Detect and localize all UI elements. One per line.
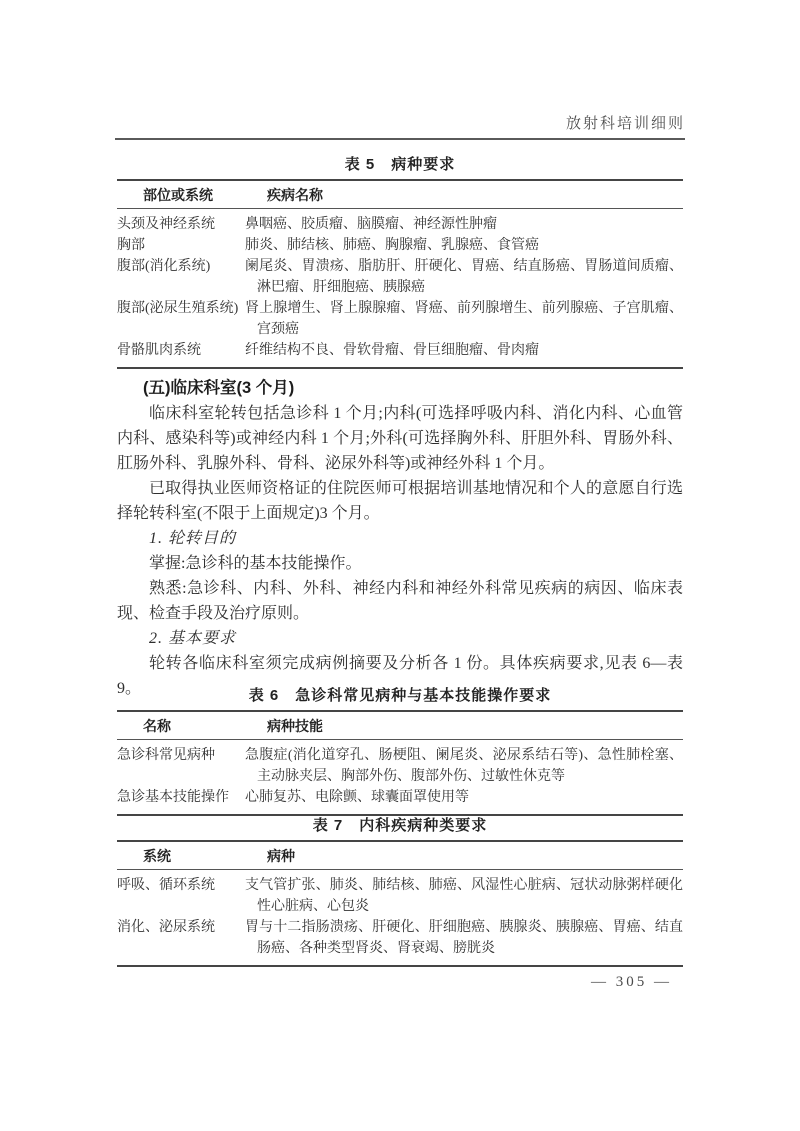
row-value: 鼻咽癌、胶质瘤、脑膜瘤、神经源性肿瘤: [245, 214, 683, 235]
row-value: 肺炎、肺结核、肺癌、胸腺瘤、乳腺癌、食管癌: [245, 235, 683, 256]
list-item-heading: 2. 基本要求: [117, 626, 683, 651]
row-value: 阑尾炎、胃溃疡、脂肪肝、肝硬化、胃癌、结直肠癌、胃肠道间质瘤、淋巴瘤、肝细胞癌、…: [245, 256, 683, 298]
header-rule: [115, 138, 685, 140]
paragraph: 已取得执业医师资格证的住院医师可根据培训基地情况和个人的意愿自行选择轮转科室(不…: [117, 476, 683, 526]
table-row: 骨骼肌肉系统 纤维结构不良、骨软骨瘤、骨巨细胞瘤、骨肉瘤: [117, 340, 683, 361]
table-6: 表 6 急诊科常见病种与基本技能操作要求 名称 病种技能 急诊科常见病种 急腹症…: [117, 684, 683, 816]
table-5-title: 表 5 病种要求: [117, 153, 683, 174]
table-row: 腹部(泌尿生殖系统) 肾上腺增生、肾上腺腺瘤、肾癌、前列腺增生、前列腺癌、子宫肌…: [117, 298, 683, 340]
table-5-header-row: 部位或系统 疾病名称: [117, 181, 683, 209]
table-7-rows: 呼吸、循环系统 支气管扩张、肺炎、肺结核、肺癌、风湿性心脏病、冠状动脉粥样硬化性…: [117, 870, 683, 965]
row-value: 胃与十二指肠溃疡、肝硬化、肝细胞癌、胰腺炎、胰腺癌、胃癌、结直肠癌、各种类型肾炎…: [245, 917, 683, 959]
table-7: 表 7 内科疾病种类要求 系统 病种 呼吸、循环系统 支气管扩张、肺炎、肺结核、…: [117, 814, 683, 967]
table-7-title: 表 7 内科疾病种类要求: [117, 814, 683, 835]
row-label: 呼吸、循环系统: [117, 875, 245, 917]
column-header-system: 系统: [117, 846, 245, 866]
row-value: 支气管扩张、肺炎、肺结核、肺癌、风湿性心脏病、冠状动脉粥样硬化性心脏病、心包炎: [245, 875, 683, 917]
paragraph: 掌握:急诊科的基本技能操作。: [117, 551, 683, 576]
row-label: 急诊科常见病种: [117, 745, 245, 787]
table-row: 头颈及神经系统 鼻咽癌、胶质瘤、脑膜瘤、神经源性肿瘤: [117, 214, 683, 235]
row-value: 急腹症(消化道穿孔、肠梗阻、阑尾炎、泌尿系结石等)、急性肺栓塞、主动脉夹层、胸部…: [245, 745, 683, 787]
document-page: 放射科培训细则 表 5 病种要求 部位或系统 疾病名称 头颈及神经系统 鼻咽癌、…: [0, 0, 800, 1131]
table-row: 腹部(消化系统) 阑尾炎、胃溃疡、脂肪肝、肝硬化、胃癌、结直肠癌、胃肠道间质瘤、…: [117, 256, 683, 298]
paragraph: 熟悉:急诊科、内科、外科、神经内科和神经外科常见疾病的病因、临床表现、检查手段及…: [117, 576, 683, 626]
row-value: 纤维结构不良、骨软骨瘤、骨巨细胞瘤、骨肉瘤: [245, 340, 683, 361]
row-label: 头颈及神经系统: [117, 214, 245, 235]
table-row: 急诊基本技能操作 心肺复苏、电除颤、球囊面罩使用等: [117, 787, 683, 808]
column-header-name: 名称: [117, 716, 245, 736]
column-header-disease: 疾病名称: [245, 185, 683, 205]
table-6-rows: 急诊科常见病种 急腹症(消化道穿孔、肠梗阻、阑尾炎、泌尿系结石等)、急性肺栓塞、…: [117, 740, 683, 814]
row-value: 心肺复苏、电除颤、球囊面罩使用等: [245, 787, 683, 808]
table-6-header-row: 名称 病种技能: [117, 712, 683, 740]
table-row: 呼吸、循环系统 支气管扩张、肺炎、肺结核、肺癌、风湿性心脏病、冠状动脉粥样硬化性…: [117, 875, 683, 917]
row-label: 消化、泌尿系统: [117, 917, 245, 959]
table-5-body: 部位或系统 疾病名称 头颈及神经系统 鼻咽癌、胶质瘤、脑膜瘤、神经源性肿瘤 胸部…: [117, 179, 683, 369]
table-6-body: 名称 病种技能 急诊科常见病种 急腹症(消化道穿孔、肠梗阻、阑尾炎、泌尿系结石等…: [117, 710, 683, 816]
column-header-skill: 病种技能: [245, 716, 683, 736]
table-row: 消化、泌尿系统 胃与十二指肠溃疡、肝硬化、肝细胞癌、胰腺炎、胰腺癌、胃癌、结直肠…: [117, 917, 683, 959]
table-row: 胸部 肺炎、肺结核、肺癌、胸腺瘤、乳腺癌、食管癌: [117, 235, 683, 256]
table-row: 急诊科常见病种 急腹症(消化道穿孔、肠梗阻、阑尾炎、泌尿系结石等)、急性肺栓塞、…: [117, 745, 683, 787]
row-value: 肾上腺增生、肾上腺腺瘤、肾癌、前列腺增生、前列腺癌、子宫肌瘤、宫颈癌: [245, 298, 683, 340]
table-7-body: 系统 病种 呼吸、循环系统 支气管扩张、肺炎、肺结核、肺癌、风湿性心脏病、冠状动…: [117, 840, 683, 967]
row-label: 腹部(泌尿生殖系统): [117, 298, 245, 340]
running-header: 放射科培训细则: [115, 112, 685, 133]
row-label: 急诊基本技能操作: [117, 787, 245, 808]
row-label: 胸部: [117, 235, 245, 256]
row-label: 骨骼肌肉系统: [117, 340, 245, 361]
table-6-title: 表 6 急诊科常见病种与基本技能操作要求: [117, 684, 683, 705]
row-label: 腹部(消化系统): [117, 256, 245, 298]
page-number: — 305 —: [115, 974, 672, 991]
paragraph: 临床科室轮转包括急诊科 1 个月;内科(可选择呼吸内科、消化内科、心血管内科、感…: [117, 401, 683, 476]
column-header-region: 部位或系统: [117, 185, 245, 205]
table-5-rows: 头颈及神经系统 鼻咽癌、胶质瘤、脑膜瘤、神经源性肿瘤 胸部 肺炎、肺结核、肺癌、…: [117, 209, 683, 367]
table-5: 表 5 病种要求 部位或系统 疾病名称 头颈及神经系统 鼻咽癌、胶质瘤、脑膜瘤、…: [117, 153, 683, 369]
table-7-header-row: 系统 病种: [117, 842, 683, 870]
section-heading: (五)临床科室(3 个月): [117, 375, 683, 401]
column-header-disease-type: 病种: [245, 846, 683, 866]
section-clinical-departments: (五)临床科室(3 个月) 临床科室轮转包括急诊科 1 个月;内科(可选择呼吸内…: [117, 375, 683, 701]
list-item-heading: 1. 轮转目的: [117, 526, 683, 551]
